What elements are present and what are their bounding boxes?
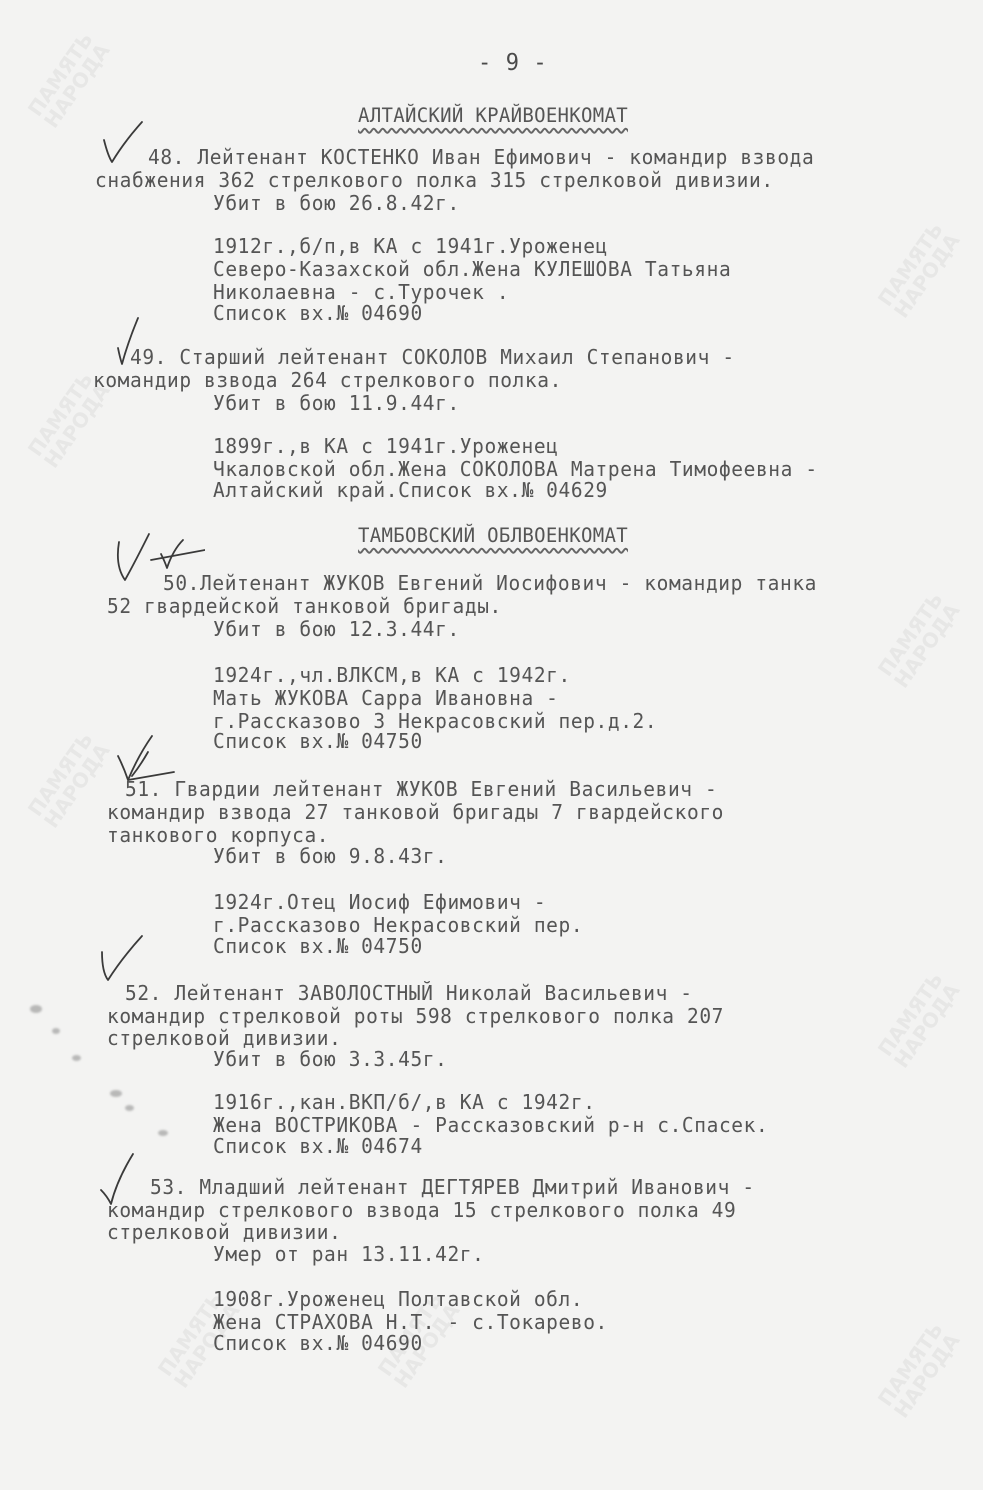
entry-line: 49. Старший лейтенант СОКОЛОВ Михаил Сте… <box>130 346 735 369</box>
detail-line: Северо-Казахской обл.Жена КУЛЕШОВА Татья… <box>213 258 731 281</box>
death-line: Убит в бою 12.3.44г. <box>213 618 460 641</box>
detail-line: 1908г.Уроженец Полтавской обл. <box>213 1288 583 1311</box>
entry-line: командир стрелкового взвода 15 стрелково… <box>107 1199 736 1222</box>
ink-smudge <box>30 1005 42 1013</box>
checkmark-icon <box>112 312 152 372</box>
death-line: Умер от ран 13.11.42г. <box>213 1243 484 1266</box>
ink-smudge <box>125 1105 134 1111</box>
watermark: ПАМЯТЬ НАРОДА <box>874 589 963 692</box>
entry-line: 50.Лейтенант ЖУКОВ Евгений Иосифович - к… <box>163 572 817 595</box>
double-checkmark-icon <box>105 528 205 588</box>
section-heading: ТАМБОВСКИЙ ОБЛВОЕНКОМАТ <box>358 524 628 547</box>
entry-line: 48. Лейтенант КОСТЕНКО Иван Ефимович - к… <box>148 146 814 169</box>
list-number: Список вх.№ 04690 <box>213 1332 423 1355</box>
double-checkmark-icon <box>112 726 182 786</box>
watermark: ПАМЯТЬ НАРОДА <box>874 219 963 322</box>
detail-line: 1924г.,чл.ВЛКСМ,в КА с 1942г. <box>213 664 571 687</box>
checkmark-icon <box>98 932 148 992</box>
entry-line: командир взвода 264 стрелкового полка. <box>93 369 562 392</box>
list-number: Список вх.№ 04750 <box>213 730 423 753</box>
entry-line: командир стрелковой роты 598 стрелкового… <box>107 1005 724 1028</box>
list-number: Список вх.№ 04690 <box>213 302 423 325</box>
entry-line: снабжения 362 стрелкового полка 315 стре… <box>95 169 774 192</box>
entry-line: командир взвода 27 танковой бригады 7 гв… <box>107 801 724 824</box>
death-line: Убит в бою 9.8.43г. <box>213 845 447 868</box>
entry-line: 53. Младший лейтенант ДЕГТЯРЕВ Дмитрий И… <box>150 1176 755 1199</box>
ink-smudge <box>158 1130 168 1136</box>
entry-line: стрелковой дивизии. <box>107 1221 341 1244</box>
death-line: Убит в бою 11.9.44г. <box>213 392 460 415</box>
entry-line: 52 гвардейской танковой бригады. <box>107 595 502 618</box>
ink-smudge <box>110 1090 122 1097</box>
detail-line: 1916г.,кан.ВКП/б/,в КА с 1942г. <box>213 1091 596 1114</box>
list-number: Алтайский край.Список вх.№ 04629 <box>213 479 608 502</box>
detail-line: Мать ЖУКОВА Сарра Ивановна - <box>213 687 559 710</box>
list-number: Список вх.№ 04674 <box>213 1135 423 1158</box>
page-number: - 9 - <box>478 52 547 75</box>
checkmark-icon <box>97 1150 157 1210</box>
watermark: ПАМЯТЬ НАРОДА <box>24 29 113 132</box>
entry-line: 52. Лейтенант ЗАВОЛОСТНЫЙ Николай Василь… <box>125 982 693 1005</box>
death-line: Убит в бою 3.3.45г. <box>213 1048 447 1071</box>
ink-smudge <box>72 1055 81 1061</box>
detail-line: 1899г.,в КА с 1941г.Уроженец <box>213 435 559 458</box>
document-page: ПАМЯТЬ НАРОДА ПАМЯТЬ НАРОДА ПАМЯТЬ НАРОД… <box>0 0 983 1490</box>
watermark: ПАМЯТЬ НАРОДА <box>874 1319 963 1422</box>
watermark: ПАМЯТЬ НАРОДА <box>874 969 963 1072</box>
checkmark-icon <box>98 118 148 168</box>
death-line: Убит в бою 26.8.42г. <box>213 192 460 215</box>
entry-line: 51. Гвардии лейтенант ЖУКОВ Евгений Васи… <box>125 778 717 801</box>
section-heading: АЛТАЙСКИЙ КРАЙВОЕНКОМАТ <box>358 104 628 127</box>
watermark: ПАМЯТЬ НАРОДА <box>24 729 113 832</box>
list-number: Список вх.№ 04750 <box>213 935 423 958</box>
ink-smudge <box>52 1028 60 1034</box>
detail-line: 1912г.,б/п,в КА с 1941г.Уроженец <box>213 235 608 258</box>
detail-line: 1924г.Отец Иосиф Ефимович - <box>213 891 546 914</box>
